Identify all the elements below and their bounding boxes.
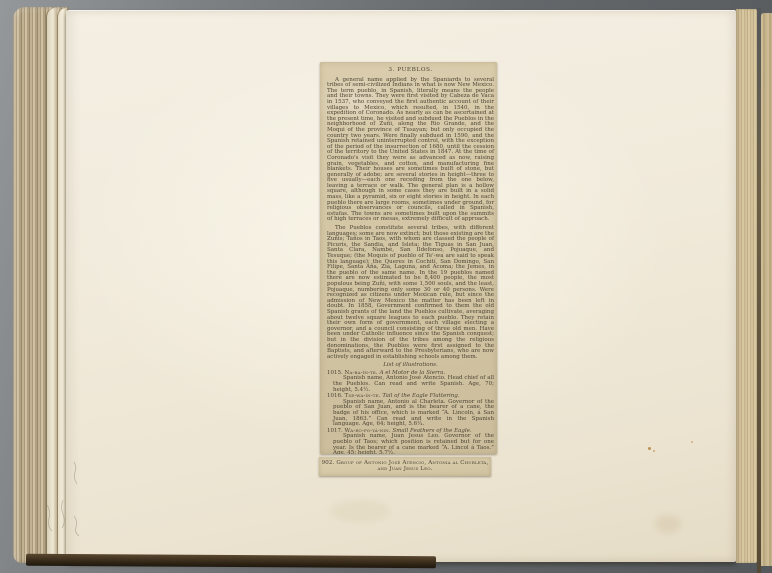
entry-description: Spanish name, Antonio al Charleta. Gover… bbox=[333, 400, 494, 428]
book-binding-edge bbox=[26, 554, 436, 569]
catalog-entry: 1017. Wa-ro-po-yá-nin. Small Feathers of… bbox=[327, 429, 494, 454]
entry-number: 1015. bbox=[327, 370, 343, 376]
foxing-spot bbox=[653, 450, 655, 452]
clipping-heading: 3. PUEBLOS. bbox=[327, 68, 494, 74]
catalog-entry: 1015. Na-ba-ín-te. A el Motor de la Sier… bbox=[327, 371, 494, 393]
entry-description: Spanish name, Antonio José Atencio. Head… bbox=[333, 376, 494, 393]
foxing-spot bbox=[691, 441, 693, 443]
pencil-inscription bbox=[68, 460, 82, 486]
entry-number: 1017. bbox=[327, 428, 343, 434]
pencil-inscription bbox=[70, 514, 84, 538]
pasted-clipping: 3. PUEBLOS. A general name applied by th… bbox=[320, 62, 497, 454]
catalog-entry: 1016. Tse-wa-ín-te. Tail of the Eagle Fl… bbox=[327, 394, 494, 428]
paper-stain bbox=[330, 500, 390, 522]
paper-stain bbox=[655, 515, 681, 533]
turned-page-edge bbox=[46, 8, 57, 561]
pencil-inscription bbox=[56, 498, 70, 530]
pasted-strip-group-entry: 902. Group of Antonio José Atencio, Anto… bbox=[319, 457, 491, 476]
group-entry-text: 902. Group of Antonio José Atencio, Anto… bbox=[319, 460, 491, 472]
next-page-edge bbox=[761, 13, 772, 566]
clipping-text-block: 3. PUEBLOS. A general name applied by th… bbox=[320, 62, 497, 454]
photo-of-album-page: 3. PUEBLOS. A general name applied by th… bbox=[0, 0, 772, 573]
clipping-paragraph-1: A general name applied by the Spaniards … bbox=[327, 78, 494, 223]
entry-number: 1016. bbox=[327, 393, 343, 399]
list-of-illustrations-title: List of illustrations. bbox=[327, 363, 494, 369]
page-edges-right bbox=[736, 9, 757, 563]
clipping-paragraph-2: The Pueblos constitute several tribes, w… bbox=[327, 226, 494, 360]
entry-description: Spanish name, Juan Jesus Leo. Governor o… bbox=[333, 434, 494, 454]
pencil-inscription bbox=[42, 503, 56, 533]
foxing-spot bbox=[648, 447, 651, 450]
